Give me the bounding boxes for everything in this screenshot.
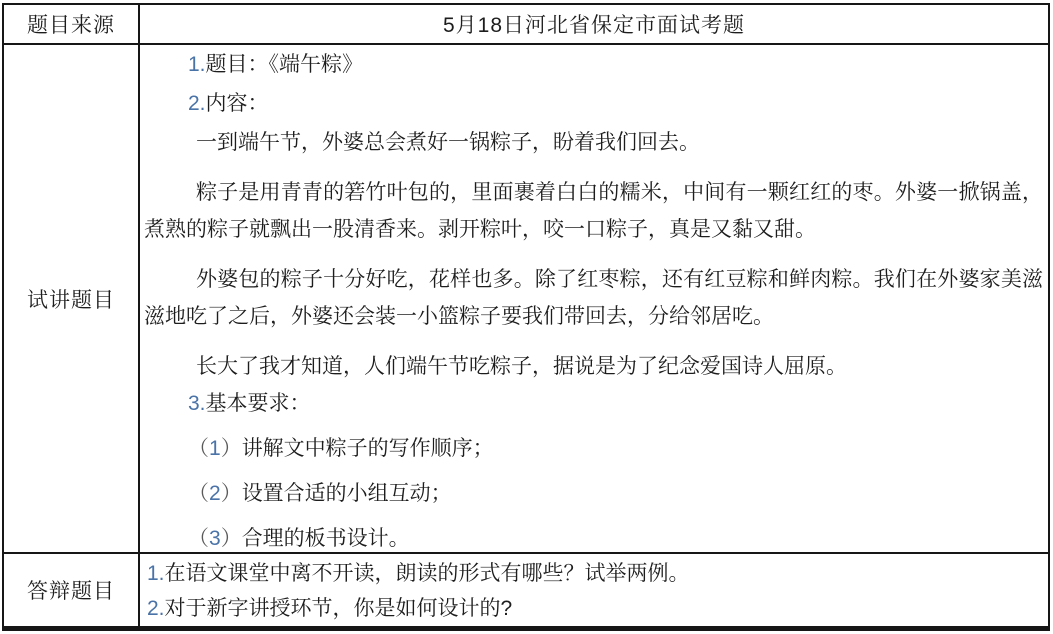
list-number: 2. (147, 597, 165, 620)
exam-question-table: 题目来源 5月18日河北省保定市面试考题 试讲题目 1.题目：《端午粽》 2.内… (2, 3, 1050, 631)
passage-paragraph: 外婆包的粽子十分好吃，花样也多。除了红枣粽，还有红豆粽和鲜肉粽。我们在外婆家美滋… (144, 261, 1043, 335)
requirement-text: 讲解文中粽子的写作顺序； (242, 437, 494, 460)
lecture-title-line: 1.题目：《端午粽》 (144, 46, 1043, 83)
defense-question: 2.对于新字讲授环节，你是如何设计的? (147, 591, 1042, 626)
paren-open: （ (188, 527, 209, 550)
paren-close: ） (221, 527, 242, 550)
list-number: 2. (188, 92, 206, 115)
row-source-value-cell: 5月18日河北省保定市面试考题 (140, 5, 1048, 45)
paren-open: （ (188, 437, 209, 460)
list-number: 1. (147, 562, 165, 585)
list-number: 1 (209, 437, 221, 460)
lecture-content-heading-text: 内容： (206, 92, 269, 115)
passage-paragraph: 一到端午节，外婆总会煮好一锅粽子，盼着我们回去。 (144, 124, 1043, 161)
row-defense-content-cell: 1.在语文课堂中离不开读，朗读的形式有哪些？试举两例。 2.对于新字讲授环节，你… (140, 554, 1048, 626)
passage-paragraph: 长大了我才知道，人们端午节吃粽子，据说是为了纪念爱国诗人屈原。 (144, 348, 1043, 385)
requirement-item: （1）讲解文中粽子的写作顺序； (144, 430, 1043, 467)
list-number: 3 (209, 527, 221, 550)
lecture-label-text: 试讲题目 (27, 284, 115, 314)
defense-question: 1.在语文课堂中离不开读，朗读的形式有哪些？试举两例。 (147, 556, 1042, 591)
paren-close: ） (221, 437, 242, 460)
lecture-content-heading: 2.内容： (144, 85, 1043, 122)
lecture-title-text: 题目：《端午粽》 (206, 53, 364, 76)
defense-question-text: 在语文课堂中离不开读，朗读的形式有哪些？试举两例。 (165, 562, 690, 585)
source-value-text: 5月18日河北省保定市面试考题 (443, 9, 745, 39)
requirement-item: （2）设置合适的小组互动； (144, 475, 1043, 512)
basic-requirements-text: 基本要求： (206, 392, 311, 415)
list-number: 2 (209, 482, 221, 505)
paren-close: ） (221, 482, 242, 505)
list-number: 1. (188, 53, 206, 76)
defense-question-text: 对于新字讲授环节，你是如何设计的? (165, 597, 513, 620)
source-label-text: 题目来源 (27, 9, 115, 39)
paren-open: （ (188, 482, 209, 505)
list-number: 3. (188, 392, 206, 415)
requirement-item: （3）合理的板书设计。 (144, 520, 1043, 554)
requirement-text: 合理的板书设计。 (242, 527, 410, 550)
defense-label-text: 答辩题目 (27, 575, 115, 605)
row-defense-label: 答辩题目 (4, 554, 140, 626)
row-lecture-label: 试讲题目 (4, 45, 140, 554)
row-lecture-content-cell: 1.题目：《端午粽》 2.内容： 一到端午节，外婆总会煮好一锅粽子，盼着我们回去… (140, 45, 1048, 554)
passage-paragraph: 粽子是用青青的箬竹叶包的，里面裹着白白的糯米，中间有一颗红红的枣。外婆一掀锅盖，… (144, 174, 1043, 248)
basic-requirements-heading: 3.基本要求： (144, 385, 1043, 422)
row-source-label: 题目来源 (4, 5, 140, 45)
requirement-text: 设置合适的小组互动； (242, 482, 452, 505)
